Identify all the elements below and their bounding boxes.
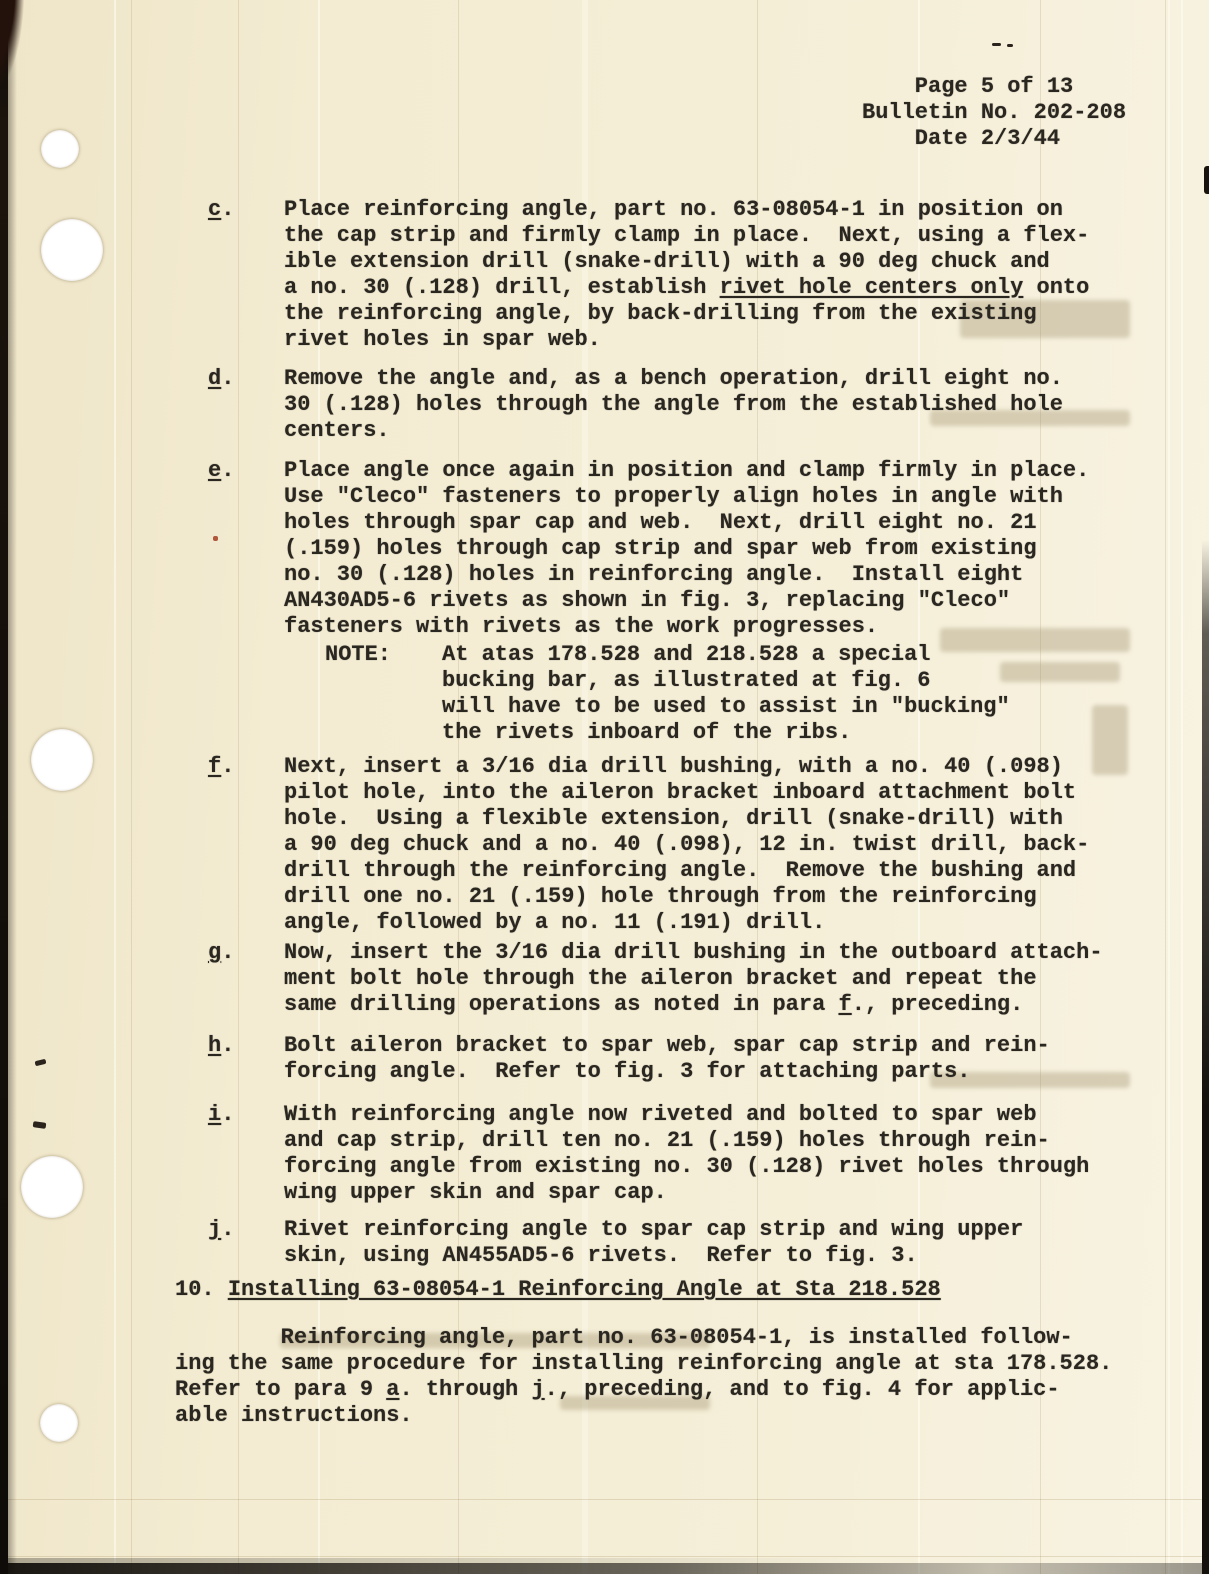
ink-speck (1007, 44, 1013, 47)
paragraph-body-i: With reinforcing angle now riveted and b… (284, 1102, 1089, 1206)
page-header-text: Page 5 of 13Bulletin No. 202-208 Date 2/… (862, 74, 1126, 152)
paragraph-body-e: Place angle once again in position and c… (284, 458, 1089, 640)
paragraph-body-f: Next, insert a 3/16 dia drill bushing, w… (284, 754, 1089, 936)
bottom-edge-shadow (0, 1563, 1209, 1574)
paragraph-letter-i: i. (208, 1102, 234, 1127)
note-body: At atas 178.528 and 218.528 a specialbuc… (442, 642, 1010, 746)
paper-crease (1168, 0, 1170, 1574)
paragraph-body-j: Rivet reinforcing angle to spar cap stri… (284, 1217, 1023, 1269)
punch-hole (21, 1156, 83, 1218)
ink-speck (35, 1059, 47, 1067)
paragraph-letter-h: h. (208, 1033, 234, 1058)
section-10-heading-text: 10. Installing 63-08054-1 Reinforcing An… (175, 1277, 941, 1303)
paragraph-letter-f: f. (208, 754, 234, 779)
paper-crease (131, 0, 132, 1574)
paragraph-letter-d: d. (208, 366, 234, 391)
paragraph-body-c: Place reinforcing angle, part no. 63-080… (284, 197, 1089, 353)
ink-speck (213, 536, 218, 541)
document-page: Page 5 of 13Bulletin No. 202-208 Date 2/… (0, 0, 1209, 1574)
paper-crease (1181, 0, 1183, 1574)
paper-crease (0, 1556, 1209, 1557)
ink-speck (992, 43, 1001, 46)
paragraph-body-h: Bolt aileron bracket to spar web, spar c… (284, 1033, 1050, 1085)
paragraph-letter-e: e. (208, 458, 234, 483)
paragraph-body-d: Remove the angle and, as a bench operati… (284, 366, 1063, 444)
top-left-corner-shadow (0, 0, 44, 140)
ink-bleed-smudge (1000, 662, 1120, 682)
ink-speck (33, 1121, 47, 1129)
closing-paragraph-text: Reinforcing angle, part no. 63-08054-1, … (175, 1325, 1112, 1429)
punch-hole (31, 729, 93, 791)
bottom-edge-shadow (0, 1558, 1209, 1563)
ink-bleed-smudge (1092, 705, 1128, 775)
paragraph-letter-c: c. (208, 197, 234, 222)
right-edge-notch (1204, 166, 1209, 194)
paragraph-letter-j: j. (208, 1217, 234, 1242)
paper-crease (1165, 0, 1166, 1574)
left-edge-shadow (8, 0, 17, 1574)
note-label: NOTE: (325, 642, 391, 667)
left-edge-shadow (0, 0, 8, 1574)
punch-hole (41, 130, 79, 168)
paper-crease (0, 1499, 1209, 1500)
paper-crease (114, 0, 116, 1574)
punch-hole (40, 1404, 78, 1442)
punch-hole (41, 219, 103, 281)
paragraph-letter-g: g. (208, 940, 234, 965)
right-edge-shadow (1202, 540, 1209, 1574)
paragraph-body-g: Now, insert the 3/16 dia drill bushing i… (284, 940, 1103, 1018)
